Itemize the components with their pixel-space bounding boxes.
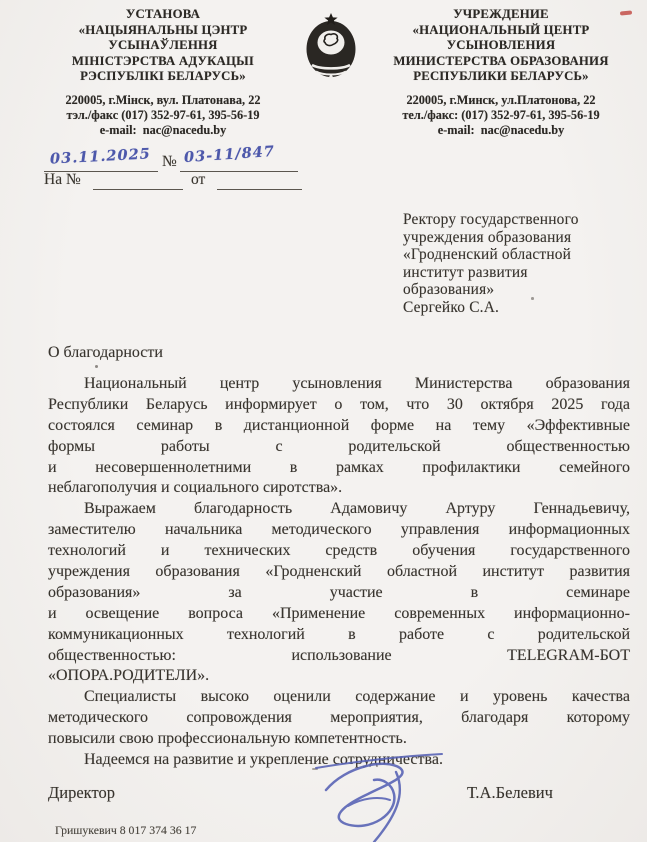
signer-title: Директор <box>48 783 115 803</box>
recipient-name: Сергейко С.А. <box>403 299 625 317</box>
org-name-line: УСТАНОВА <box>36 7 290 23</box>
scanned-letter-page: УСТАНОВА «НАЦЫЯНАЛЬНЫ ЦЭНТР УСЫНАЎЛЕННЯ … <box>0 0 647 842</box>
body-line: общественностью: использование TELEGRAM-… <box>48 646 630 667</box>
handwritten-date: 03.11.2025 <box>50 145 152 167</box>
body-line: Республики Беларусь информирует о том, ч… <box>48 395 630 416</box>
recipient-line: учреждения образования <box>403 229 625 247</box>
org-name-line: РЭСПУБЛІКІ БЕЛАРУСЬ» <box>36 69 290 85</box>
email-line: e-mail: nac@nacedu.by <box>366 123 636 138</box>
body-line: образования» за участие в семинаре <box>48 583 630 604</box>
paragraph: Надеемся на развитие и укрепление сотруд… <box>48 750 630 771</box>
address-line: 220005, г.Мінск, вул. Платонава, 22 <box>36 93 290 108</box>
address-line: 220005, г.Минск, ул.Платонова, 22 <box>366 93 636 108</box>
paragraph: Национальный центр усыновления Министерс… <box>48 374 630 499</box>
recipient-line: образования» <box>403 281 625 299</box>
address-line: тэл./факс (017) 352-97-61, 395-56-19 <box>36 108 290 123</box>
body-line: и освещение вопроса «Применение современ… <box>48 604 630 625</box>
org-name-line: УЧРЕЖДЕНИЕ <box>366 7 636 23</box>
body-line: заместителю начальника методического упр… <box>48 520 630 541</box>
email-line: e-mail: nac@nacedu.by <box>36 123 290 138</box>
recipient-line: «Гродненский областной <box>403 246 625 264</box>
number-sign-label: № <box>162 153 177 171</box>
body-line: неблагополучия и социального сиротства». <box>48 478 630 499</box>
reply-date-underline <box>217 189 302 190</box>
letterhead-left-name: УСТАНОВА «НАЦЫЯНАЛЬНЫ ЦЭНТР УСЫНАЎЛЕННЯ … <box>36 7 290 85</box>
body-line: Специалисты высоко оценили содержание и … <box>48 687 630 708</box>
scan-speck <box>95 365 98 368</box>
org-name-line: МІНІСТЭРСТВА АДУКАЦЫІ <box>36 54 290 70</box>
body-line: методического сопровождения мероприятия,… <box>48 708 630 729</box>
recipient-line: Ректору государственного <box>403 211 625 229</box>
handwritten-outgoing-number: 03-11/847 <box>184 143 276 166</box>
subject-line: О благодарности <box>48 344 163 362</box>
recipient-line: институт развития <box>403 264 625 282</box>
body-line: «ОПОРА.РОДИТЕЛИ». <box>48 666 630 687</box>
org-name-line: МИНИСТЕРСТВА ОБРАЗОВАНИЯ <box>366 54 636 70</box>
body-line: повысили свою профессиональную компетент… <box>48 729 630 750</box>
scan-speck <box>531 297 534 300</box>
letterhead-right-address: 220005, г.Минск, ул.Платонова, 22 тел./ф… <box>366 93 636 137</box>
paragraph: Специалисты высоко оценили содержание и … <box>48 687 630 750</box>
coat-of-arms-icon <box>302 12 360 82</box>
executor-contact: Гришукевич 8 017 374 36 17 <box>55 823 196 838</box>
body-line: Национальный центр усыновления Министерс… <box>48 374 630 395</box>
org-name-line: «НАЦЫЯНАЛЬНЫ ЦЭНТР <box>36 23 290 39</box>
body-line: коммуникационных технологий в работе с р… <box>48 625 630 646</box>
reply-date-label: от <box>191 169 205 189</box>
address-line: тел./факс: (017) 352-97-61, 395-56-19 <box>366 108 636 123</box>
letter-body: Национальный центр усыновления Министерс… <box>48 374 630 771</box>
signer-name: Т.А.Белевич <box>467 783 553 803</box>
reply-number-underline <box>93 189 183 190</box>
org-name-line: РЕСПУБЛИКИ БЕЛАРУСЬ» <box>366 69 636 85</box>
body-line: и несовершеннолетними в рамках профилакт… <box>48 458 630 479</box>
recipient-block: Ректору государственного учреждения обра… <box>403 211 625 317</box>
body-line: технологий и технических средств обучени… <box>48 541 630 562</box>
body-line: Выражаем благодарность Адамовичу Артуру … <box>48 499 630 520</box>
body-line: состоялся семинар в дистанционной форме … <box>48 416 630 437</box>
org-name-line: «НАЦИОНАЛЬНЫЙ ЦЕНТР <box>366 23 636 39</box>
body-line: учреждения образования «Гродненский обла… <box>48 562 630 583</box>
letterhead-left-address: 220005, г.Мінск, вул. Платонава, 22 тэл.… <box>36 93 290 137</box>
body-line: Надеемся на развитие и укрепление сотруд… <box>48 750 630 771</box>
body-line: формы работы с родительской общественнос… <box>48 437 630 458</box>
reply-to-label: На № <box>44 169 81 189</box>
paragraph: Выражаем благодарность Адамовичу Артуру … <box>48 499 630 687</box>
org-name-line: УСЫНАЎЛЕННЯ <box>36 38 290 54</box>
org-name-line: УСЫНОВЛЕНИЯ <box>366 38 636 54</box>
letterhead-right-name: УЧРЕЖДЕНИЕ «НАЦИОНАЛЬНЫЙ ЦЕНТР УСЫНОВЛЕН… <box>366 7 636 85</box>
